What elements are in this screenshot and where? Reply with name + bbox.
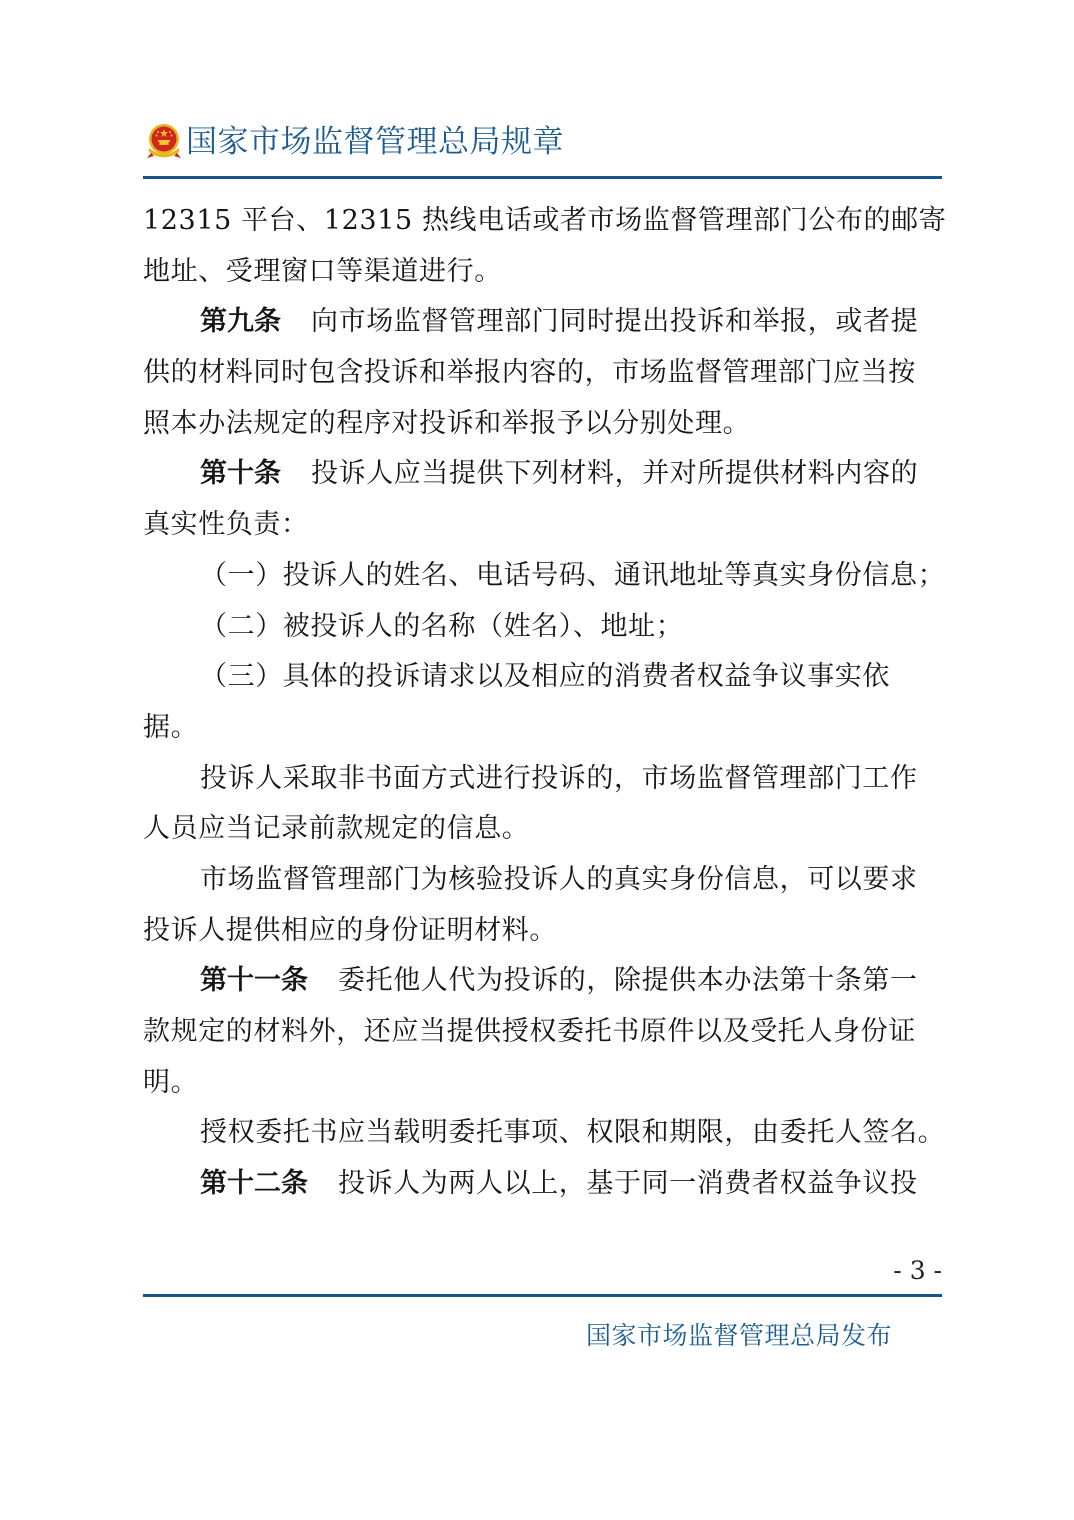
text-line: 授权委托书应当载明委托事项、权限和期限，由委托人签名。 [143, 1108, 943, 1159]
text-line: 投诉人提供相应的身份证明材料。 [143, 906, 943, 957]
text-line: （三）具体的投诉请求以及相应的消费者权益争议事实依 [143, 652, 943, 703]
text-line: 第十一条委托他人代为投诉的，除提供本办法第十条第一 [143, 956, 943, 1007]
line-text: 供的材料同时包含投诉和举报内容的，市场监督管理部门应当按 [143, 357, 916, 388]
line-text: 市场监督管理部门为核验投诉人的真实身份信息，可以要求 [200, 864, 918, 895]
document-header: 国家市场监督管理总局规章 [143, 118, 943, 168]
article-heading: 第十条 [200, 458, 281, 489]
text-line: 真实性负责： [143, 500, 943, 551]
line-text: （二）被投诉人的名称（姓名）、地址； [200, 611, 683, 642]
document-body: 12315 平台、12315 热线电话或者市场监督管理部门公布的邮寄地址、受理窗… [143, 196, 943, 1210]
text-line: 款规定的材料外，还应当提供授权委托书原件以及受托人身份证 [143, 1007, 943, 1058]
text-line: 第十二条投诉人为两人以上，基于同一消费者权益争议投 [143, 1159, 943, 1210]
text-line: 人员应当记录前款规定的信息。 [143, 804, 943, 855]
text-line: 投诉人采取非书面方式进行投诉的，市场监督管理部门工作 [143, 754, 943, 805]
line-text: 人员应当记录前款规定的信息。 [143, 813, 529, 844]
text-line: 市场监督管理部门为核验投诉人的真实身份信息，可以要求 [143, 855, 943, 906]
line-text: 明。 [143, 1067, 198, 1098]
line-text: 款规定的材料外，还应当提供授权委托书原件以及受托人身份证 [143, 1016, 916, 1047]
line-text: 投诉人为两人以上，基于同一消费者权益争议投 [338, 1168, 918, 1199]
text-line: （二）被投诉人的名称（姓名）、地址； [143, 602, 943, 653]
line-text: 授权委托书应当载明委托事项、权限和期限，由委托人签名。 [200, 1117, 945, 1148]
line-text: 地址、受理窗口等渠道进行。 [143, 256, 502, 287]
text-line: 据。 [143, 703, 943, 754]
article-heading: 第九条 [200, 306, 281, 337]
page-number: - 3 - [880, 1256, 942, 1286]
line-text: 真实性负责： [143, 509, 309, 540]
text-line: （一）投诉人的姓名、电话号码、通讯地址等真实身份信息； [143, 551, 943, 602]
line-text: 委托他人代为投诉的，除提供本办法第十条第一 [338, 965, 918, 996]
line-text: 据。 [143, 712, 198, 743]
footer-publisher: 国家市场监督管理总局发布 [586, 1320, 892, 1352]
line-text: 12315 平台、12315 热线电话或者市场监督管理部门公布的邮寄 [143, 205, 946, 236]
header-title: 国家市场监督管理总局规章 [186, 124, 564, 160]
text-line: 第九条向市场监督管理部门同时提出投诉和举报，或者提 [143, 297, 943, 348]
text-line: 明。 [143, 1058, 943, 1109]
text-line: 地址、受理窗口等渠道进行。 [143, 247, 943, 298]
line-text: 向市场监督管理部门同时提出投诉和举报，或者提 [311, 306, 918, 337]
text-line: 供的材料同时包含投诉和举报内容的，市场监督管理部门应当按 [143, 348, 943, 399]
line-text: 投诉人应当提供下列材料，并对所提供材料内容的 [311, 458, 918, 489]
article-heading: 第十一条 [200, 965, 308, 996]
text-line: 12315 平台、12315 热线电话或者市场监督管理部门公布的邮寄 [143, 196, 943, 247]
article-heading: 第十二条 [200, 1168, 308, 1199]
text-line: 第十条投诉人应当提供下列材料，并对所提供材料内容的 [143, 449, 943, 500]
footer-divider [143, 1294, 942, 1297]
national-emblem-icon [145, 122, 183, 162]
text-line: 照本办法规定的程序对投诉和举报予以分别处理。 [143, 399, 943, 450]
line-text: 照本办法规定的程序对投诉和举报予以分别处理。 [143, 408, 750, 439]
line-text: 投诉人提供相应的身份证明材料。 [143, 915, 557, 946]
line-text: （一）投诉人的姓名、电话号码、通讯地址等真实身份信息； [200, 560, 945, 591]
line-text: 投诉人采取非书面方式进行投诉的，市场监督管理部门工作 [200, 763, 918, 794]
header-divider [143, 176, 942, 179]
line-text: （三）具体的投诉请求以及相应的消费者权益争议事实依 [200, 661, 890, 692]
